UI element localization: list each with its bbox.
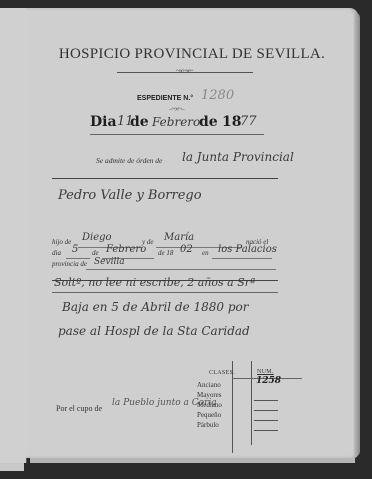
de-label-2: de xyxy=(199,114,218,130)
madre-value: María xyxy=(164,232,194,243)
de18-label: de 18 xyxy=(158,249,173,257)
nota-line-3: pase al Hospl de la Sta Caridad xyxy=(58,324,250,338)
lugar-value: los Palacios xyxy=(218,244,277,255)
nota-line-1: Soltº, no lee ni escribe, 2 años a Srª xyxy=(54,276,255,289)
cupo-label: Por el cupo de xyxy=(56,404,102,413)
left-page-tab xyxy=(0,463,24,471)
clase-row-label: Pequeño xyxy=(197,411,221,419)
mes-nac-value: Febrero xyxy=(106,244,146,255)
clases-column-divider xyxy=(251,361,252,445)
en-label: en xyxy=(202,249,209,257)
clases-table xyxy=(232,361,323,453)
dia-nac-underline xyxy=(66,258,90,259)
num-row-line xyxy=(254,420,278,421)
clase-row-label: Párbulo xyxy=(197,421,219,429)
provincia-label: provincia de xyxy=(52,260,87,268)
title-ornament-flourish: ~∞~∞~ xyxy=(176,67,192,75)
dia-nac-label: dia xyxy=(52,249,61,257)
clase-row-label: Anciano xyxy=(197,381,221,389)
clase-row-label: Mayores xyxy=(197,391,222,399)
year-prefix: 18 xyxy=(222,114,241,130)
dia-nac-value: 5 xyxy=(72,244,78,255)
clases-header: CLASES. xyxy=(209,370,235,376)
expediente-value: 1280 xyxy=(201,88,234,103)
num-header: NUM. xyxy=(257,369,274,375)
clase-row-label: Mediano xyxy=(197,401,222,409)
de-label-1: de xyxy=(130,114,149,130)
num-row-line xyxy=(254,430,278,431)
provincia-underline xyxy=(86,269,276,270)
num-row-line xyxy=(254,400,278,401)
admision-label: Se admite de órden de xyxy=(96,156,162,165)
document-page: HOSPICIO PROVINCIAL DE SEVILLA. ~∞~∞~ ES… xyxy=(26,8,358,458)
expediente-label: ESPEDIENTE N.° xyxy=(137,95,193,102)
year-nac-value: 02 xyxy=(180,244,193,255)
admision-underline xyxy=(52,178,278,179)
provincia-value: Sevilla xyxy=(94,257,125,267)
nota-line-1-underline xyxy=(52,292,278,293)
year-suffix: 77 xyxy=(240,114,257,129)
mes-value: Febrero xyxy=(152,115,200,129)
nota-line-2: Baja en 5 de Abril de 1880 por xyxy=(62,300,249,314)
page-bottom-edge xyxy=(30,458,355,463)
admision-value: la Junta Provincial xyxy=(182,150,294,164)
left-page-edge xyxy=(0,8,27,463)
expediente-ornament: –~∞~– xyxy=(169,105,184,113)
lugar-underline xyxy=(212,258,272,259)
de-nac-label: de xyxy=(92,249,99,257)
anciano-num-value: 1258 xyxy=(256,376,281,386)
nombre-value: Pedro Valle y Borrego xyxy=(58,188,202,203)
num-row-line xyxy=(254,410,278,411)
padre-value: Diego xyxy=(82,232,112,243)
dia-label: Dia xyxy=(90,114,117,130)
hijo-label: hijo de xyxy=(52,238,71,246)
document-title: HOSPICIO PROVINCIAL DE SEVILLA. xyxy=(26,46,358,63)
page-right-edge xyxy=(354,12,360,457)
dia-underline xyxy=(90,134,264,135)
